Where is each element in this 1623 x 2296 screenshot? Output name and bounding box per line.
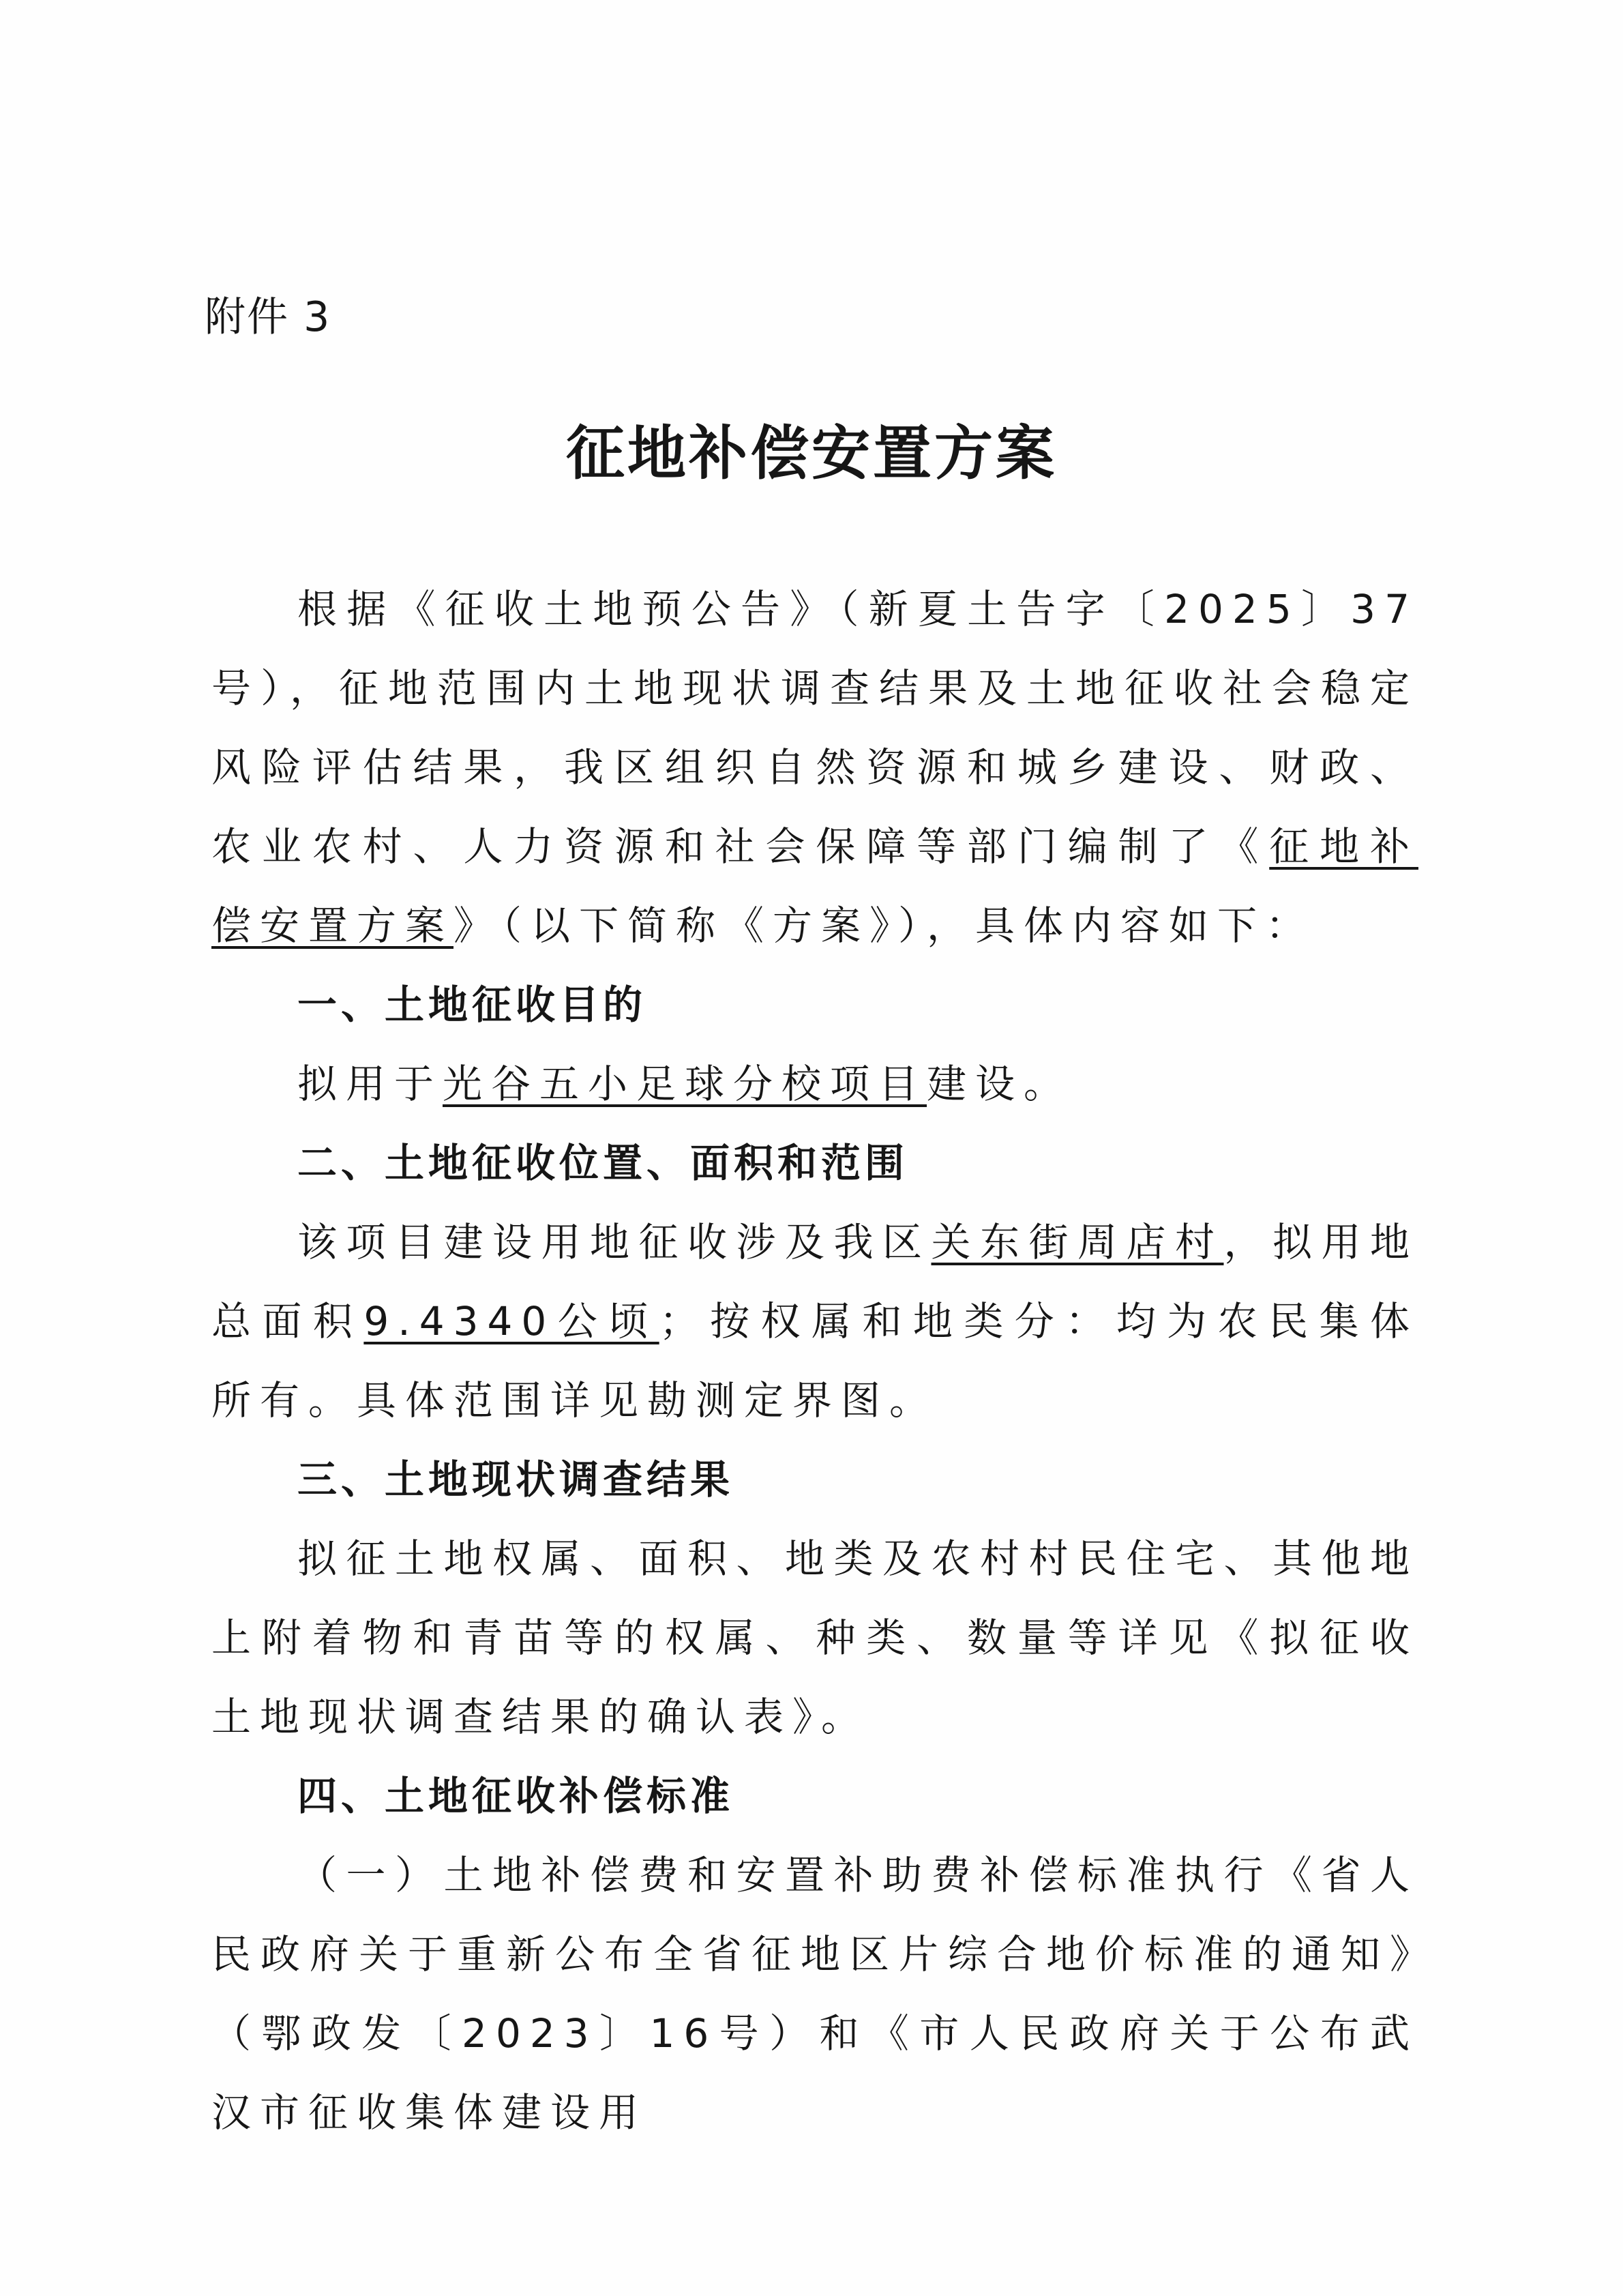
village-name-underlined: 关东街周店村 xyxy=(931,1219,1223,1265)
intro-text-2: 》（以下简称《方案》），具体内容如下： xyxy=(453,902,1314,949)
project-name-underlined: 光谷五小足球分校项目 xyxy=(443,1061,927,1107)
intro-paragraph: 根据《征收土地预公告》（新夏土告字〔2025〕37号），征地范围内土地现状调查结… xyxy=(211,570,1418,965)
purpose-text-after: 建设。 xyxy=(927,1061,1072,1107)
document-body: 根据《征收土地预公告》（新夏土告字〔2025〕37号），征地范围内土地现状调查结… xyxy=(211,570,1418,2152)
section-paragraph-purpose: 拟用于光谷五小足球分校项目建设。 xyxy=(211,1044,1418,1123)
purpose-text-before: 拟用于 xyxy=(297,1061,443,1107)
section-heading-purpose: 一、土地征收目的 xyxy=(211,965,1418,1044)
intro-text-1: 根据《征收土地预公告》（新夏土告字〔2025〕37号），征地范围内土地现状调查结… xyxy=(211,586,1418,870)
section-heading-survey: 三、土地现状调查结果 xyxy=(211,1440,1418,1519)
document-title: 征地补偿安置方案 xyxy=(0,416,1623,491)
section-paragraph-location: 该项目建设用地征收涉及我区关东街周店村，拟用地总面积9.4340公顷；按权属和地… xyxy=(211,1203,1418,1440)
section-heading-standards: 四、土地征收补偿标准 xyxy=(211,1756,1418,1836)
document-page: 附件 3 征地补偿安置方案 根据《征收土地预公告》（新夏土告字〔2025〕37号… xyxy=(0,0,1623,2296)
area-value-underlined: 9.4340公顷 xyxy=(363,1298,659,1344)
attachment-label: 附件 3 xyxy=(205,290,331,344)
section-paragraph-survey: 拟征土地权属、面积、地类及农村村民住宅、其他地上附着物和青苗等的权属、种类、数量… xyxy=(211,1519,1418,1756)
section-paragraph-standards: （一）土地补偿费和安置补助费补偿标准执行《省人民政府关于重新公布全省征地区片综合… xyxy=(211,1836,1418,2152)
location-text-before: 该项目建设用地征收涉及我区 xyxy=(297,1219,931,1265)
section-heading-location: 二、土地征收位置、面积和范围 xyxy=(211,1123,1418,1203)
